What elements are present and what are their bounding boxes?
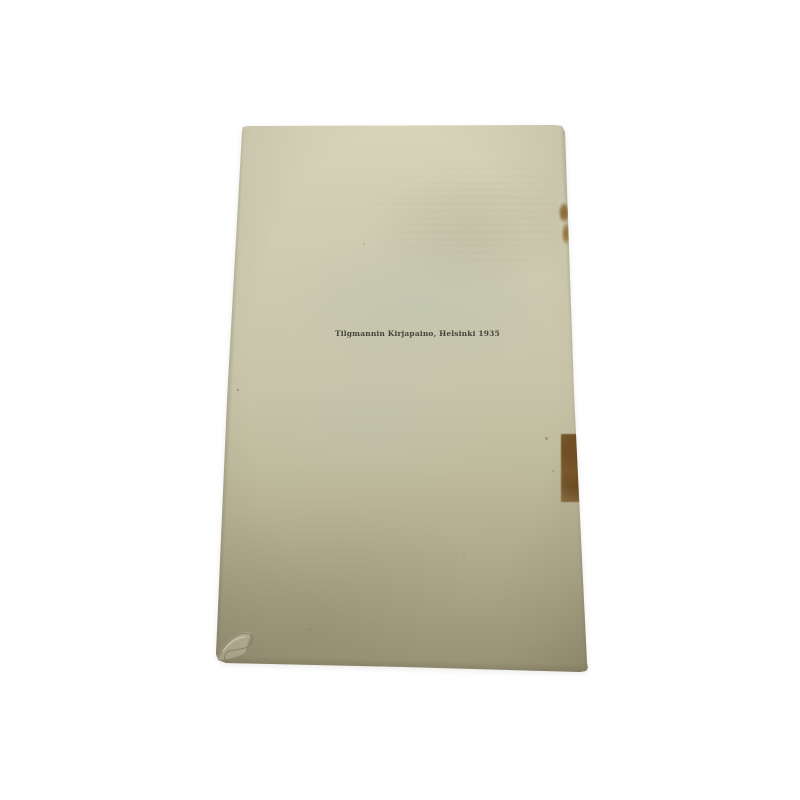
bottom-edge-shading	[221, 655, 587, 677]
paper-speck	[545, 437, 548, 440]
left-edge-shading	[214, 127, 245, 663]
paper-speck	[363, 243, 365, 245]
imprint-text: Tilgmannin Kirjapaino, Helsinki 1935	[335, 329, 475, 338]
paper-speck	[552, 470, 554, 472]
stain-top-right	[557, 202, 573, 250]
corner-fold	[213, 621, 267, 671]
ghost-text-show-through	[363, 161, 558, 279]
photo-canvas: Tilgmannin Kirjapaino, Helsinki 1935	[0, 0, 800, 800]
paper-speck	[309, 628, 311, 630]
paper-speck	[463, 553, 465, 555]
booklet-back-cover: Tilgmannin Kirjapaino, Helsinki 1935	[213, 123, 590, 673]
stain-mid-right	[561, 434, 587, 502]
paper-surface: Tilgmannin Kirjapaino, Helsinki 1935	[213, 123, 590, 673]
paper-speck	[237, 389, 239, 391]
